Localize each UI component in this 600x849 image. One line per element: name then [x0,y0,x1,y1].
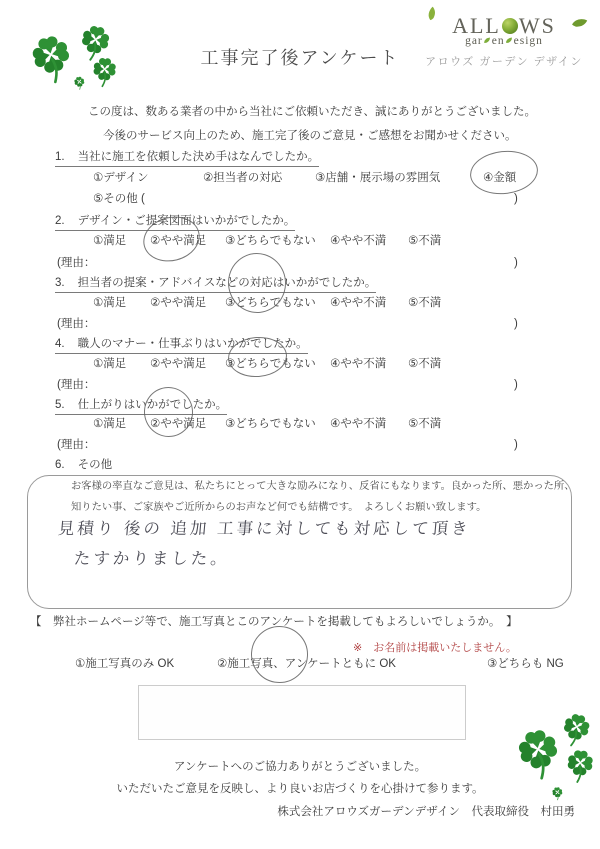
thanks-line-2: いただいたご意見を反映し、より良いお店づくりを心掛けて参ります。 [0,782,600,796]
scanned-survey-page: { "header": { "title": "工事完了後アンケート", "lo… [0,0,600,849]
question-2-number: 2. [55,214,65,228]
question-1-other-row: ⑤その他 ( ) [0,192,600,208]
circle-mark-publish-photos-and-survey [249,624,310,685]
q3-option-2: ②やや満足 [150,296,206,310]
q2-option-5: ⑤不満 [408,234,441,248]
clover-decoration-icon [73,75,86,90]
question-4-reason-row: (理由： ) [0,378,600,394]
q1-option-staff: ②担当者の対応 [203,171,282,185]
q2-option-1: ①満足 [93,234,126,248]
question-2-reason-row: (理由： ) [0,256,600,272]
question-2-options: ①満足 ②やや満足 ③どちらでもない ④やや不満 ⑤不満 [0,234,600,250]
q1-option-showroom: ③店舗・展示場の雰囲気 [315,171,440,185]
question-1-heading: 1.当社に施工を依頼した決め手はなんでしたか。 [55,150,319,167]
q2-option-3: ③どちらでもない [225,234,316,248]
reason-label: (理由： [57,317,95,331]
intro-line-2: 今後のサービス向上のため、施工完了後のご意見・ご感想をお聞かせください。 [103,129,517,143]
publish-option-photos-only: ①施工写真のみ OK [75,657,174,671]
q4-option-1: ①満足 [93,357,126,371]
question-4-number: 4. [55,337,65,351]
close-paren: ) [514,192,518,206]
logo-green-ball-icon [502,18,518,34]
question-6-heading: 6.その他 [55,458,112,472]
question-5-reason-row: (理由： ) [0,438,600,454]
handwritten-comment-line-1: 見積り 後の 追加 工事に対しても対応して頂き [57,515,472,539]
q1-option-other: ⑤その他 ( [93,192,145,206]
question-6-text: その他 [78,459,113,471]
company-signature: 株式会社アロウズガーデンデザイン 代表取締役 村田勇 [277,805,575,819]
clover-decoration-icon [91,51,118,92]
publish-option-none: ③どちらも NG [487,657,564,671]
close-paren: ) [514,378,518,392]
logo-sub-left: gar [465,35,483,47]
q1-option-design: ①デザイン [93,171,149,185]
reason-label: (理由： [57,378,95,392]
logo-sub-right: esign [514,35,543,47]
close-paren: ) [514,438,518,452]
question-3-heading: 3.担当者の提案・アドバイスなどの対応はいかがでしたか。 [55,276,376,293]
q2-option-4: ④やや不満 [330,234,386,248]
leaf-icon [483,36,492,45]
q3-option-5: ⑤不満 [408,296,441,310]
question-4-options: ①満足 ②やや満足 ③どちらでもない ④やや不満 ⑤不満 [0,357,600,373]
redacted-name-box [138,685,466,740]
clover-decoration-icon [564,743,595,789]
leaf-icon [505,36,514,45]
question-5-options: ①満足 ②やや満足 ③どちらでもない ④やや不満 ⑤不満 [0,417,600,433]
thanks-line-1: アンケートへのご協力ありがとうございました。 [0,760,600,774]
question-1-number: 1. [55,150,65,164]
logo-subtitle: garenesign [418,35,590,47]
question-5-number: 5. [55,398,65,412]
close-paren: ) [514,256,518,270]
question-3-number: 3. [55,276,65,290]
close-paren: ) [514,317,518,331]
q4-option-4: ④やや不満 [330,357,386,371]
q5-option-5: ⑤不満 [408,417,441,431]
q3-option-4: ④やや不満 [330,296,386,310]
q3-option-1: ①満足 [93,296,126,310]
question-6-number: 6. [55,458,65,472]
name-not-published-note: ※ お名前は掲載いたしません。 [353,639,517,655]
question-5-heading: 5.仕上がりはいかがでしたか。 [55,398,227,415]
comment-box-printed-line-2: 知りたい事、ご家族やご近所からのお声など何でも結構です。 よろしくお願い致します… [71,501,486,514]
comment-box [27,475,572,609]
handwritten-comment-line-2: たすかりました。 [73,545,231,569]
reason-label: (理由： [57,256,95,270]
question-3-options: ①満足 ②やや満足 ③どちらでもない ④やや不満 ⑤不満 [0,296,600,312]
q4-option-2: ②やや満足 [150,357,206,371]
clover-decoration-icon [512,718,566,789]
logo-sub-mid: en [492,35,505,47]
intro-line-1: この度は、数ある業者の中から当社にご依頼いただき、誠にありがとうございました。 [88,105,536,119]
circle-mark-q1-price [468,148,540,198]
page-title: 工事完了後アンケート [150,44,450,70]
q5-option-1: ①満足 [93,417,126,431]
clover-decoration-icon [25,24,79,94]
reason-label: (理由： [57,438,95,452]
logo-katakana: アロウズ ガーデン デザイン [418,53,590,69]
q5-option-4: ④やや不満 [330,417,386,431]
company-logo: ALLWS garenesign アロウズ ガーデン デザイン [418,14,590,69]
question-1-text: 当社に施工を依頼した決め手はなんでしたか。 [78,151,320,163]
question-3-reason-row: (理由： ) [0,317,600,333]
q5-option-3: ③どちらでもない [225,417,316,431]
clover-decoration-icon [551,785,564,801]
comment-box-printed-line-1: お客様の率直なご意見は、私たちにとって大きな励みになり、反省にもなります。良かっ… [71,480,575,493]
q4-option-5: ⑤不満 [408,357,441,371]
